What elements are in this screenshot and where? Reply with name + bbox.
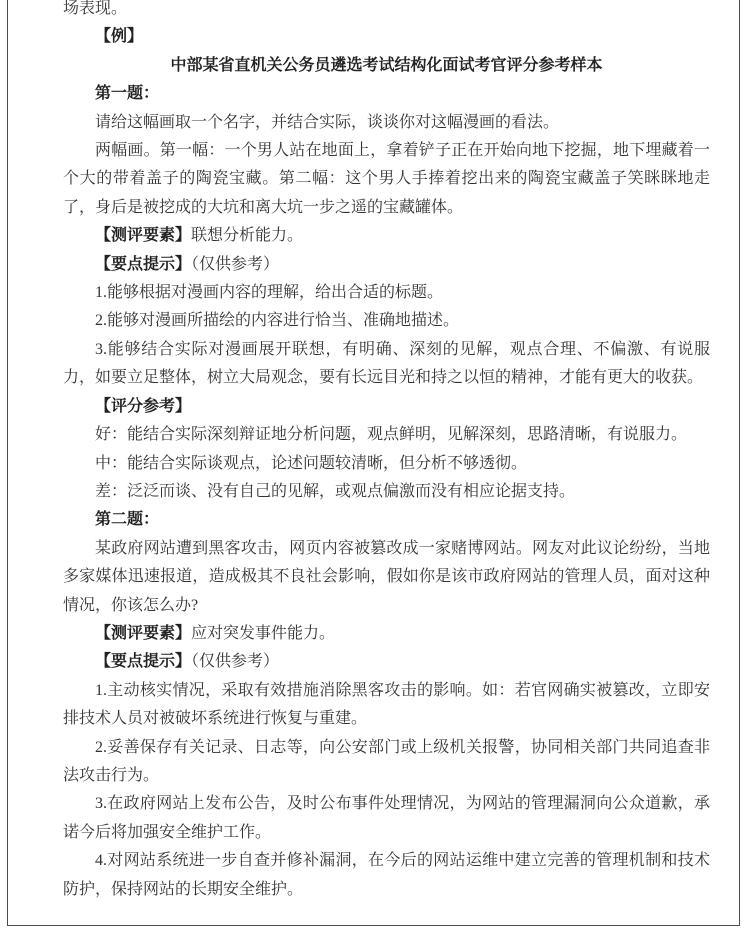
q1-point-2: 2.能够对漫画所描绘的内容进行恰当、准确地描述。 [63,307,710,335]
q1-assessment-element: 【测评要素】联想分析能力。 [63,222,710,250]
page-content: 场表现。 【例】 中部某省直机关公务员遴选考试结构化面试考官评分参考样本 第一题… [63,0,710,904]
document-page: 场表现。 【例】 中部某省直机关公务员遴选考试结构化面试考官评分参考样本 第一题… [0,0,750,943]
q2-point-2: 2.妥善保存有关记录、日志等，向公安部门或上级机关报警，协同相关部门共同追查非法… [63,734,710,791]
rating-poor: 差：泛泛而谈、没有自己的见解，或观点偏激而没有相应论据支持。 [63,478,710,506]
example-label: 【例】 [63,23,710,51]
scoring-reference-heading: 【评分参考】 [63,393,710,421]
key-points-note: （仅供参考） [191,256,279,273]
q1-picture-description: 两幅画。第一幅：一个男人站在地面上，拿着铲子正在开始向地下挖掘，地下埋藏着一个大… [63,137,710,222]
q2-point-1: 1.主动核实情况，采取有效措施消除黑客攻击的影响。如：若官网确实被篡改，立即安排… [63,677,710,734]
rating-good: 好：能结合实际深刻辩证地分析问题，观点鲜明，见解深刻，思路清晰，有说服力。 [63,421,710,449]
q1-prompt: 请给这幅画取一个名字，并结合实际，谈谈你对这幅漫画的看法。 [63,109,710,137]
assessment-element-value: 应对突发事件能力。 [191,625,335,642]
key-points-label: 【要点提示】 [95,653,191,670]
assessment-element-label: 【测评要素】 [95,625,191,642]
q1-point-1: 1.能够根据对漫画内容的理解，给出合适的标题。 [63,279,710,307]
q2-prompt: 某政府网站遭到黑客攻击，网页内容被篡改成一家赌博网站。网友对此议论纷纷，当地多家… [63,535,710,620]
key-points-note: （仅供参考） [191,653,279,670]
prev-page-continuation: 场表现。 [63,0,710,23]
assessment-element-value: 联想分析能力。 [191,227,303,244]
key-points-label: 【要点提示】 [95,256,191,273]
question-1-heading: 第一题： [63,80,710,108]
q2-point-4: 4.对网站系统进一步自查并修补漏洞，在今后的网站运维中建立完善的管理机制和技术防… [63,847,710,904]
rating-medium: 中：能结合实际谈观点，论述问题较清晰，但分析不够透彻。 [63,450,710,478]
q1-point-3: 3.能够结合实际对漫画展开联想，有明确、深刻的见解，观点合理、不偏激、有说服力，… [63,336,710,393]
q2-key-points-heading: 【要点提示】（仅供参考） [63,648,710,676]
q2-assessment-element: 【测评要素】应对突发事件能力。 [63,620,710,648]
document-title: 中部某省直机关公务员遴选考试结构化面试考官评分参考样本 [63,52,710,80]
question-2-heading: 第二题： [63,506,710,534]
q1-key-points-heading: 【要点提示】（仅供参考） [63,251,710,279]
q2-point-3: 3.在政府网站上发布公告，及时公布事件处理情况，为网站的管理漏洞向公众道歉，承诺… [63,790,710,847]
assessment-element-label: 【测评要素】 [95,227,191,244]
